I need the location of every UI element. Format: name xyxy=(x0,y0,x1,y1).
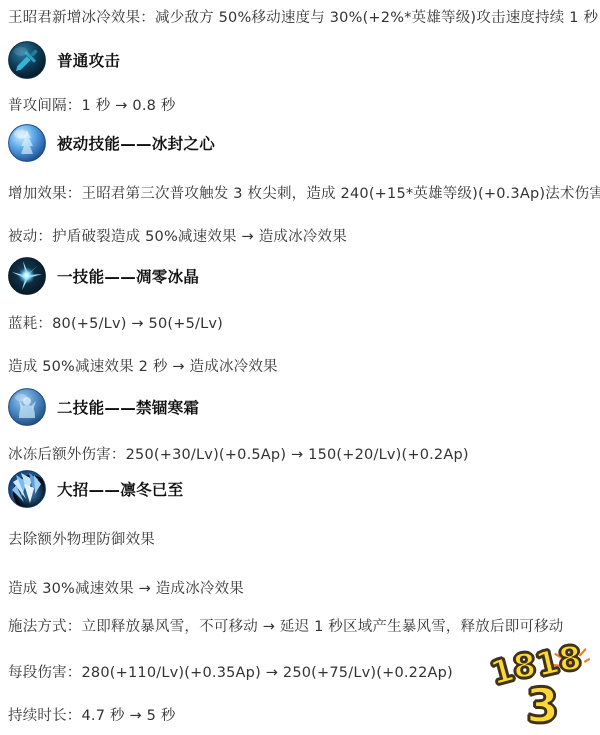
mana-cost-line: 蓝耗：80(+5/Lv) → 50(+5/Lv) xyxy=(8,312,223,333)
slow-30-line: 造成 30%减速效果 → 造成冰冷效果 xyxy=(8,577,244,598)
section-header-ultimate: 大招——凛冬已至 xyxy=(8,470,183,508)
frozen-figure-orb-icon xyxy=(8,388,46,426)
section-title: 二技能——禁锢寒霜 xyxy=(57,396,199,418)
attack-interval-line: 普攻间隔：1 秒 → 0.8 秒 xyxy=(8,94,176,115)
patch-notes-article: 王昭君新增冰冷效果：减少敌方 50%移动速度与 30%(+2%*英雄等级)攻击速… xyxy=(0,0,600,735)
passive-bonus-line: 增加效果：王昭君第三次普攻触发 3 枚尖刺，造成 240(+15*英雄等级)(+… xyxy=(8,182,600,203)
sword-orb-icon xyxy=(8,41,46,79)
blizzard-shards-orb-icon xyxy=(8,470,46,508)
watermark-text: 18183 xyxy=(478,639,600,735)
watermark-letter: 3 xyxy=(525,683,559,731)
passive-shield-line: 被动：护盾破裂造成 50%减速效果 → 造成冰冷效果 xyxy=(8,225,347,246)
section-header-normal-attack: 普通攻击 xyxy=(8,41,120,79)
section-header-skill1: 一技能——凋零冰晶 xyxy=(8,257,199,295)
site-watermark-18183: 18183 xyxy=(479,643,600,735)
section-header-skill2: 二技能——禁锢寒霜 xyxy=(8,388,199,426)
duration-line: 持续时长：4.7 秒 → 5 秒 xyxy=(8,704,176,725)
watermark-letter: 8 xyxy=(557,641,583,676)
slow-effect-line: 造成 50%减速效果 2 秒 → 造成冰冷效果 xyxy=(8,355,278,376)
defense-removal-line: 去除额外物理防御效果 xyxy=(8,528,155,549)
freeze-bonus-damage-line: 冰冻后额外伤害：250(+30/Lv)(+0.5Ap) → 150(+20/Lv… xyxy=(8,443,469,464)
section-title: 一技能——凋零冰晶 xyxy=(57,265,199,287)
section-title: 普通攻击 xyxy=(57,49,120,71)
ice-starburst-orb-icon xyxy=(8,257,46,295)
section-title: 大招——凛冬已至 xyxy=(57,478,183,500)
ice-crystal-heart-orb-icon xyxy=(8,124,46,162)
section-title: 被动技能——冰封之心 xyxy=(57,132,215,154)
intro-line: 王昭君新增冰冷效果：减少敌方 50%移动速度与 30%(+2%*英雄等级)攻击速… xyxy=(8,6,598,27)
section-header-passive: 被动技能——冰封之心 xyxy=(8,124,215,162)
cast-mode-line: 施法方式：立即释放暴风雪，不可移动 → 延迟 1 秒区域产生暴风雪，释放后即可移… xyxy=(8,615,564,636)
per-hit-damage-line: 每段伤害：280(+110/Lv)(+0.35Ap) → 250(+75/Lv)… xyxy=(8,661,453,682)
